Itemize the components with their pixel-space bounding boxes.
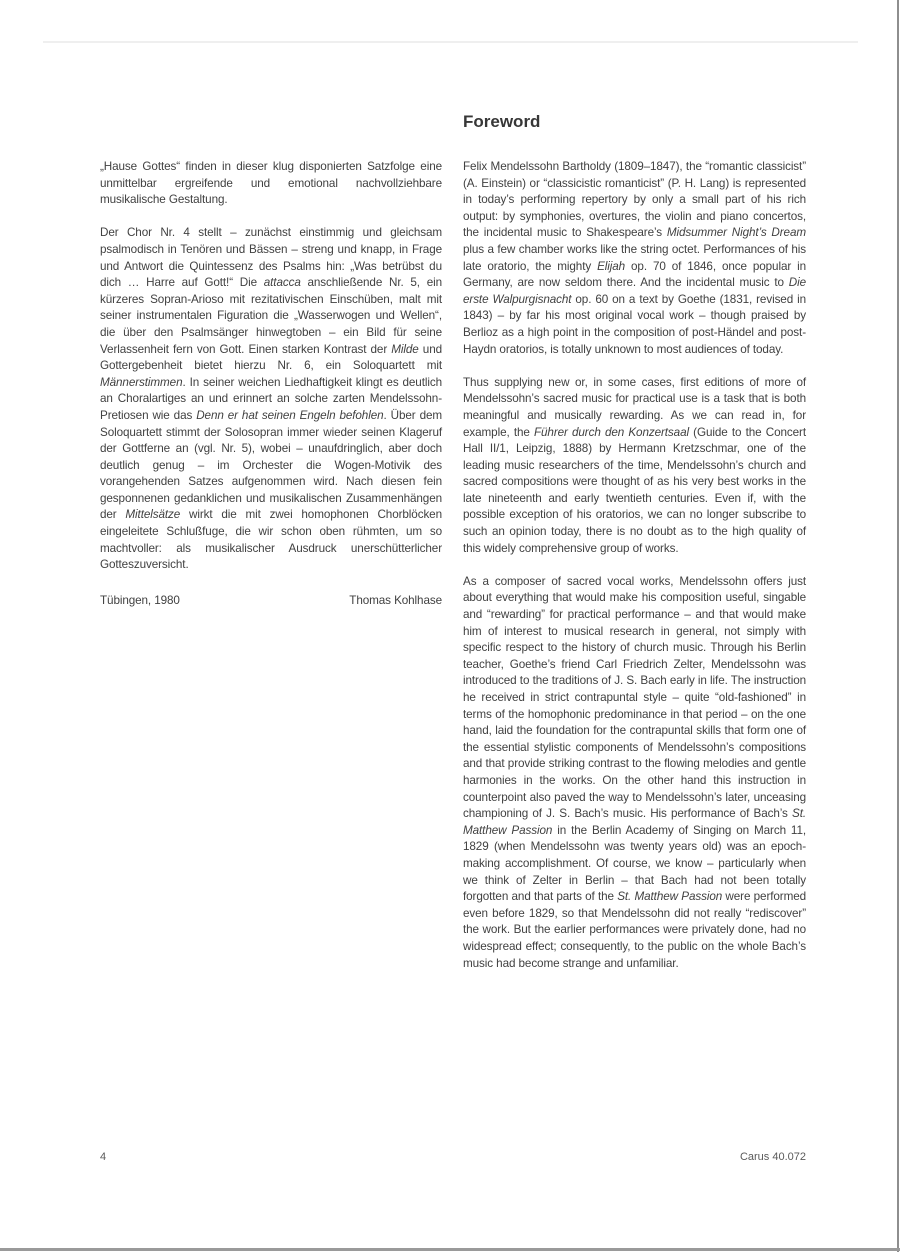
german-text-column: „Hause Gottes“ finden in dieser klug dis…	[100, 159, 442, 609]
foreword-paragraph-1: Felix Mendelssohn Bartholdy (1809–1847),…	[463, 159, 806, 358]
signature-author: Thomas Kohlhase	[349, 593, 442, 610]
german-paragraph-2: Der Chor Nr. 4 stellt – zunächst einstim…	[100, 225, 442, 573]
catalog-number: Carus 40.072	[740, 1151, 806, 1163]
signature-row: Tübingen, 1980 Thomas Kohlhase	[100, 593, 442, 610]
signature-place-date: Tübingen, 1980	[100, 593, 180, 610]
foreword-heading: Foreword	[463, 111, 806, 132]
page-number: 4	[100, 1151, 106, 1163]
foreword-paragraph-2: Thus supplying new or, in some cases, fi…	[463, 375, 806, 558]
document-page: „Hause Gottes“ finden in dieser klug dis…	[0, 0, 900, 1252]
german-paragraph-1: „Hause Gottes“ finden in dieser klug dis…	[100, 159, 442, 209]
scan-edge-right	[897, 0, 899, 1252]
foreword-column: Foreword Felix Mendelssohn Bartholdy (18…	[463, 111, 806, 989]
header-rule	[43, 41, 858, 43]
scan-edge-bottom	[0, 1248, 900, 1251]
foreword-paragraph-3: As a composer of sacred vocal works, Men…	[463, 574, 806, 972]
